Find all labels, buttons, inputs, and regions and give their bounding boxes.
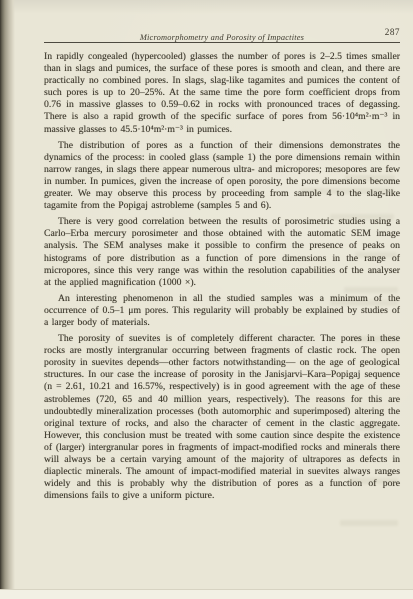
bleedthrough-ghost: [340, 520, 398, 526]
page-gutter-shadow: [0, 0, 15, 591]
header-rule: [44, 42, 400, 43]
page-number: 287: [385, 27, 400, 37]
page-bottom-edge: [0, 589, 413, 599]
page-header: Micromorphometry and Porosity of Impacti…: [44, 27, 400, 39]
paragraph-5: The porosity of suevites is of completel…: [44, 333, 400, 502]
paragraph-4: An interesting phenomenon in all the stu…: [44, 293, 400, 329]
scanned-page: Micromorphometry and Porosity of Impacti…: [0, 0, 413, 599]
body-text: In rapidly congealed (hypercooled) glass…: [44, 51, 400, 502]
paragraph-2: The distribution of pores as a function …: [44, 140, 400, 213]
paragraph-1: In rapidly congealed (hypercooled) glass…: [44, 51, 400, 136]
running-title: Micromorphometry and Porosity of Impacti…: [140, 33, 304, 42]
paragraph-3: There is very good correlation between t…: [44, 216, 400, 289]
page-content: Micromorphometry and Porosity of Impacti…: [44, 0, 400, 502]
